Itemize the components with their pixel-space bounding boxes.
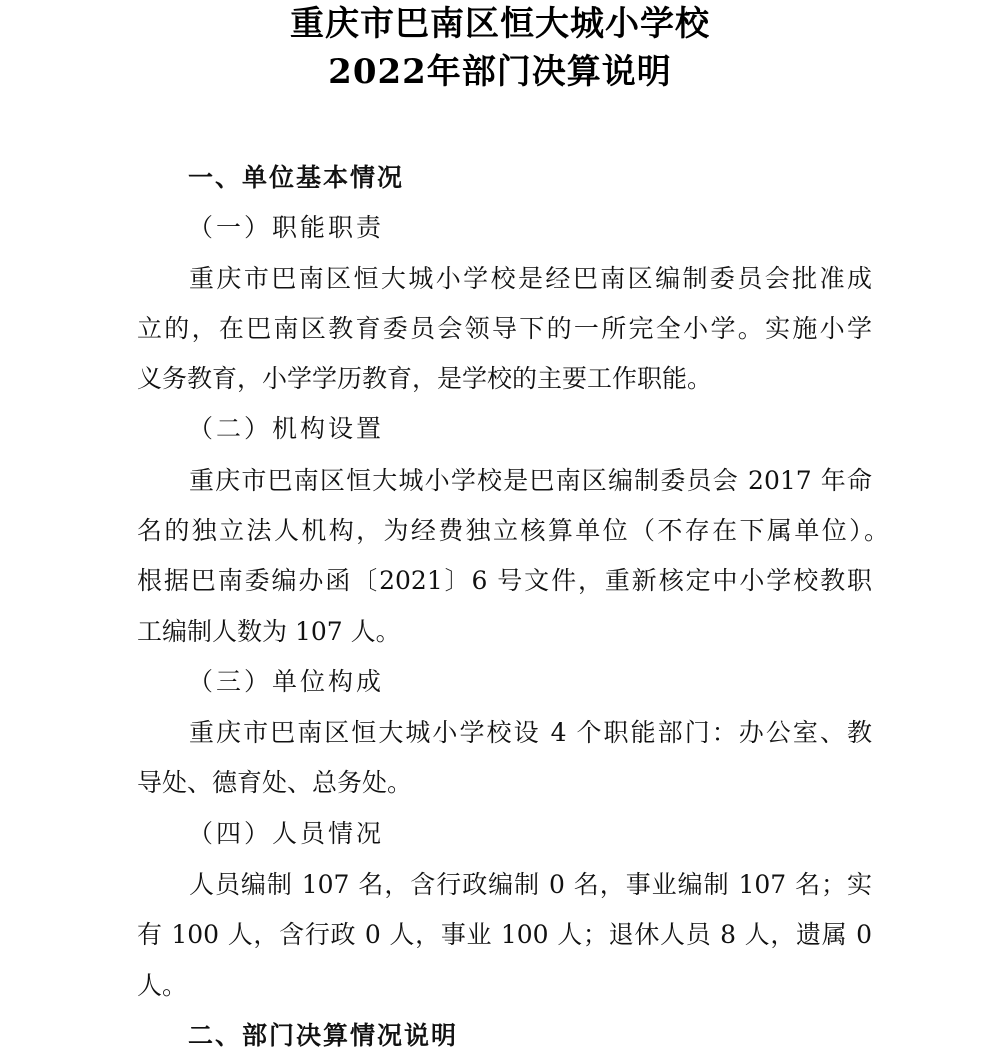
paragraph-line: 导处、德育处、总务处。	[137, 768, 872, 798]
paragraph-line: 名的独立法人机构，为经费独立核算单位（不存在下属单位）。	[137, 516, 889, 546]
paragraph-line: 工编制人数为 107 人。	[137, 617, 872, 647]
paragraph-line: 根据巴南委编办函〔2021〕6 号文件，重新核定中小学校教职	[137, 566, 872, 596]
subsection-heading-functions: （一）职能职责	[188, 213, 384, 243]
paragraph-line: 人员编制 107 名，含行政编制 0 名，事业编制 107 名；实	[137, 870, 872, 900]
subsection-heading-organization: （二）机构设置	[188, 414, 384, 444]
paragraph-line: 重庆市巴南区恒大城小学校是巴南区编制委员会 2017 年命	[137, 466, 872, 496]
paragraph-line: 重庆市巴南区恒大城小学校设 4 个职能部门：办公室、教	[137, 718, 872, 748]
subsection-heading-personnel: （四）人员情况	[188, 819, 384, 849]
paragraph-line: 人。	[137, 971, 872, 1001]
paragraph-line: 立的，在巴南区教育委员会领导下的一所完全小学。实施小学	[137, 314, 872, 344]
paragraph-line: 有 100 人，含行政 0 人，事业 100 人；退休人员 8 人，遗属 0	[137, 920, 872, 950]
paragraph-line: 重庆市巴南区恒大城小学校是经巴南区编制委员会批准成	[137, 264, 872, 294]
section-heading-final-accounts: 二、部门决算情况说明	[188, 1021, 458, 1051]
section-heading-basic-info: 一、单位基本情况	[188, 163, 404, 193]
subsection-heading-composition: （三）单位构成	[188, 667, 384, 697]
paragraph-line: 义务教育，小学学历教育，是学校的主要工作职能。	[137, 364, 872, 394]
document-title-line2: 2022年部门决算说明	[0, 50, 1000, 94]
document-title-line1: 重庆市巴南区恒大城小学校	[0, 2, 1000, 46]
